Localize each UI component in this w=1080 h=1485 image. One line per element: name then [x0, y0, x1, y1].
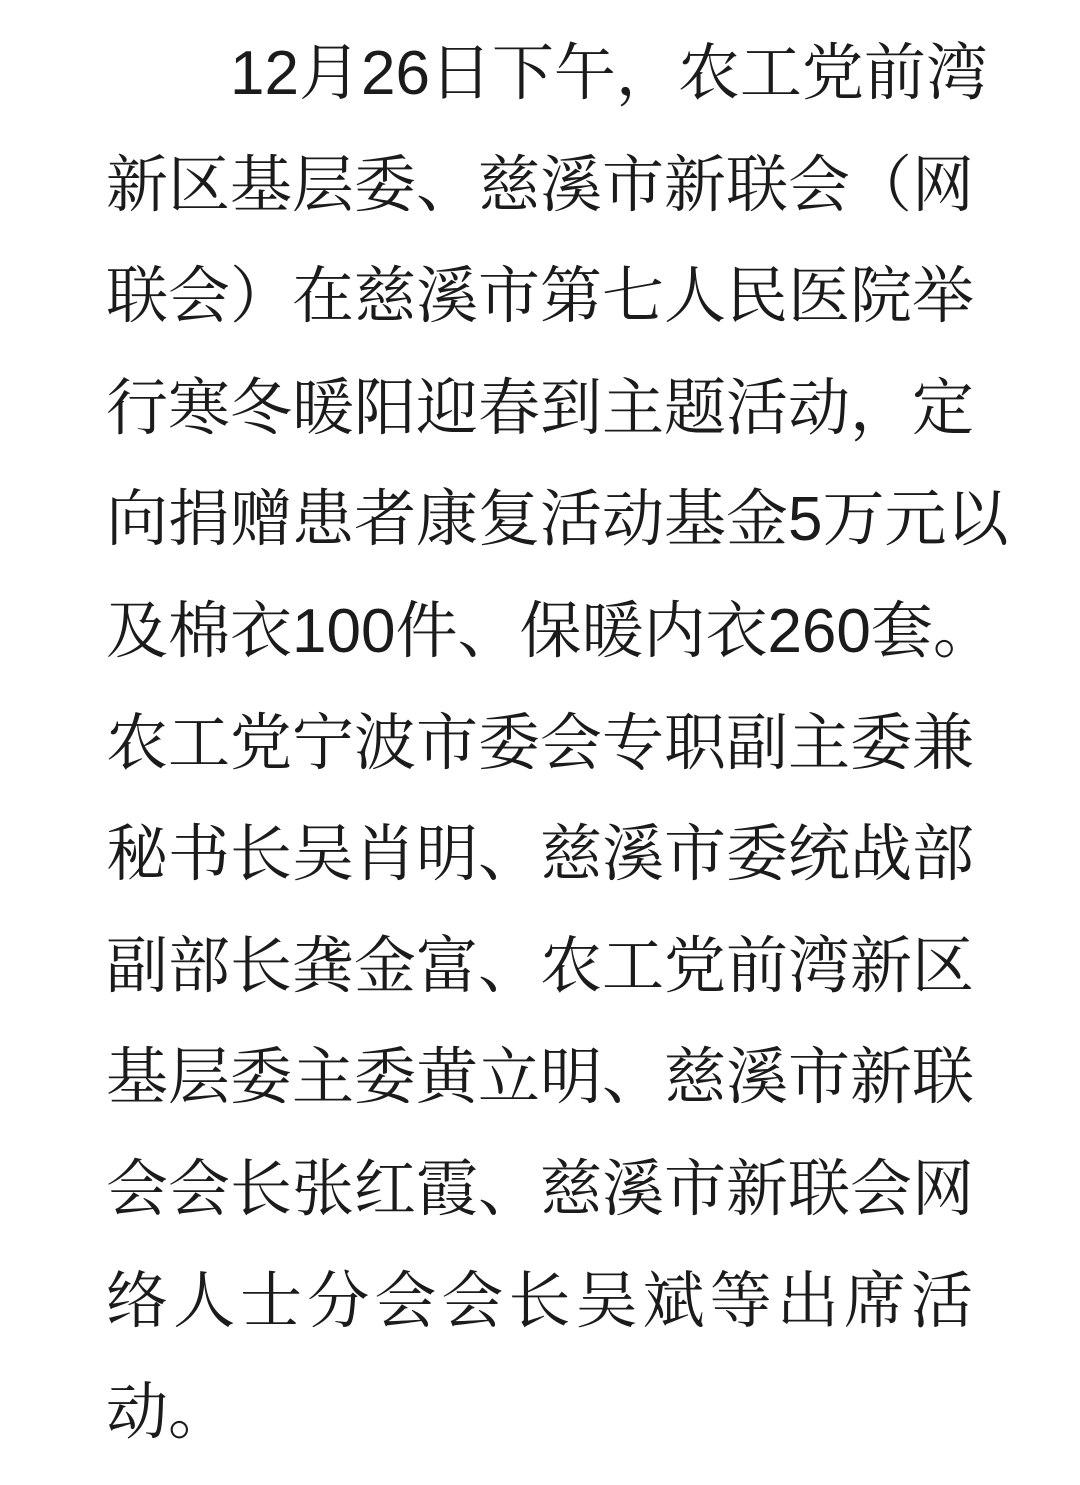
text-line: 基层委主委黄立明、慈溪市新联: [106, 1022, 973, 1134]
text-line: 副部长龚金富、农工党前湾新区: [106, 911, 973, 1023]
article-paragraph: 12月26日下午，农工党前湾新区基层委、慈溪市新联会（网联会）在慈溪市第七人民医…: [106, 18, 973, 1469]
text-line: 动。: [106, 1357, 973, 1469]
text-line: 新区基层委、慈溪市新联会（网: [106, 130, 973, 242]
text-line: 秘书长吴肖明、慈溪市委统战部: [106, 799, 973, 911]
text-line: 农工党宁波市委会专职副主委兼: [106, 688, 973, 800]
text-line: 会会长张红霞、慈溪市新联会网: [106, 1134, 973, 1246]
text-line: 络人士分会会长吴斌等出席活: [106, 1246, 973, 1358]
text-line: 向捐赠患者康复活动基金5万元以: [106, 464, 973, 576]
article-page: 12月26日下午，农工党前湾新区基层委、慈溪市新联会（网联会）在慈溪市第七人民医…: [0, 0, 1080, 1485]
text-line: 联会）在慈溪市第七人民医院举: [106, 241, 973, 353]
text-line: 12月26日下午，农工党前湾: [106, 18, 973, 130]
text-line: 行寒冬暖阳迎春到主题活动，定: [106, 353, 973, 465]
text-line: 及棉衣100件、保暖内衣260套。: [106, 576, 973, 688]
